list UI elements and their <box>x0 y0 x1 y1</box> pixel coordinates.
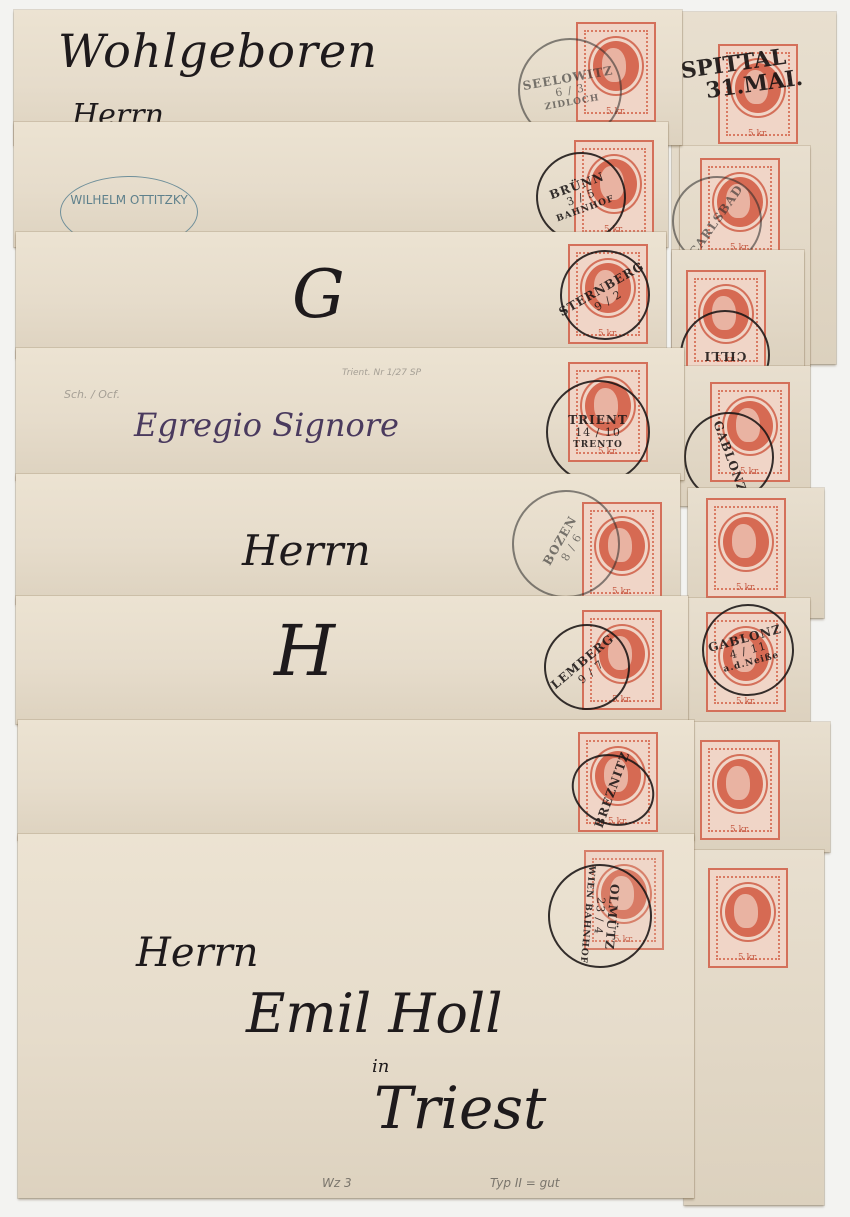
pencil-note-type: Typ II = gut <box>490 1176 560 1190</box>
imprinted-stamp: 5 kr. <box>708 868 788 968</box>
postmark-sternberg: STERNBERG 9 / 2 <box>544 234 667 357</box>
address-line: Emil Holl <box>246 982 502 1045</box>
address-line: Triest <box>374 1074 546 1142</box>
pencil-side-note: Sch. / Ocf. <box>64 388 120 401</box>
envelope-8: Herrn Emil Holl in Triest 5 kr. OLMÜTZ 2… <box>18 834 694 1198</box>
address-line: Herrn <box>242 526 371 575</box>
back-envelope-4: 5 kr. GABLONZ <box>680 366 810 506</box>
envelope-6: H 5 kr. LEMBERG 9 / 7 <box>16 596 688 724</box>
envelope-2: WILHELM OTTITZKY 5 kr. BRÜNN 3 / 5 BAHNH… <box>14 122 668 247</box>
envelope-5: Herrn 5 kr. BOZEN 8 / 6 <box>16 474 680 604</box>
back-envelope-8: 5 kr. <box>684 850 824 1205</box>
address-line: Egregio Signore <box>134 406 399 444</box>
address-line: Herrn <box>136 930 259 976</box>
back-envelope-7: 5 kr. <box>690 722 830 852</box>
pencil-reference-note: Trient. Nr 1/27 SP <box>342 368 421 378</box>
address-line: Wohlgeboren <box>58 24 378 78</box>
envelope-stack-photo: 5 kr. SPITTAL 31.MAI. 5 kr. CARLSBAD 5 k… <box>0 0 850 1217</box>
pencil-note-watermark: Wz 3 <box>322 1176 352 1190</box>
imprinted-stamp: 5 kr. <box>700 740 780 840</box>
postmark-trient: TRIENT 14 / 10 TRENTO <box>546 380 650 484</box>
back-envelope-6: 5 kr. GABLONZ 4 / 11 a.d.Neiße <box>688 598 810 728</box>
imprinted-stamp: 5 kr. <box>706 498 786 598</box>
address-line: H <box>274 610 335 692</box>
envelope-7: 5 kr. BREZNITZ <box>18 720 694 840</box>
address-line: G <box>292 256 345 333</box>
envelope-4: Trient. Nr 1/27 SP Sch. / Ocf. Egregio S… <box>16 348 684 480</box>
back-envelope-3: 5 kr. CILLI <box>672 250 804 370</box>
envelope-3: G 5 kr. STERNBERG 9 / 2 <box>16 232 666 358</box>
